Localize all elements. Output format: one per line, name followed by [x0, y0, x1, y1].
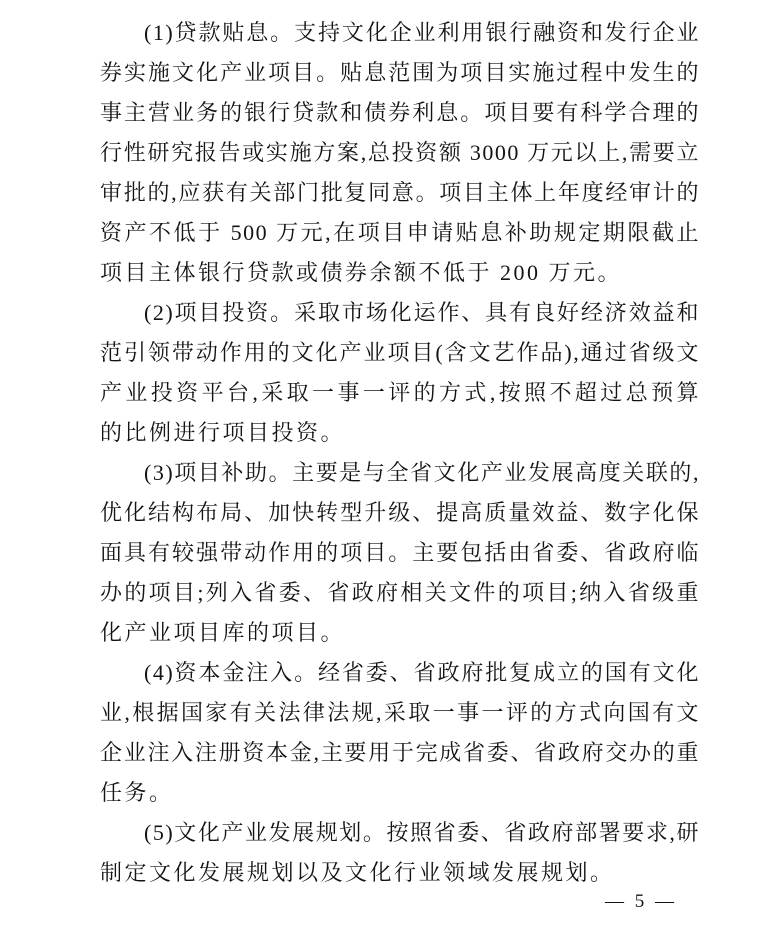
scanned-document-page: { "document": { "language": "zh-CN", "pa… [0, 0, 779, 950]
text-line: (3)项目补助。主要是与全省文化产业发展高度关联的, [100, 453, 700, 493]
text-line: 券实施文化产业项目。贴息范围为项目实施过程中发生的从 [100, 53, 700, 93]
document-body: (1)贷款贴息。支持文化企业利用银行融资和发行企业债 券实施文化产业项目。贴息范… [100, 13, 700, 893]
text-line: 办的项目;列入省委、省政府相关文件的项目;纳入省级重大文 [100, 573, 700, 613]
text-line: 业,根据国家有关法律法规,采取一事一评的方式向国有文化 [100, 693, 700, 733]
text-line: 项目主体银行贷款或债券余额不低于 200 万元。 [100, 253, 700, 293]
paragraph-project-investment: (2)项目投资。采取市场化运作、具有良好经济效益和示 范引领带动作用的文化产业项… [100, 293, 700, 453]
page-number: — 5 — [605, 891, 677, 913]
text-line: 的比例进行项目投资。 [100, 413, 700, 453]
paragraph-project-subsidy: (3)项目补助。主要是与全省文化产业发展高度关联的, 优化结构布局、加快转型升级… [100, 453, 700, 653]
text-line: 范引领带动作用的文化产业项目(含文艺作品),通过省级文化 [100, 333, 700, 373]
text-line: 面具有较强带动作用的项目。主要包括由省委、省政府临时交 [100, 533, 700, 573]
text-line: 审批的,应获有关部门批复同意。项目主体上年度经审计的净 [100, 173, 700, 213]
text-line: 企业注入注册资本金,主要用于完成省委、省政府交办的重点 [100, 733, 700, 773]
paragraph-capital-injection: (4)资本金注入。经省委、省政府批复成立的国有文化企 业,根据国家有关法律法规,… [100, 653, 700, 813]
text-line: 行性研究报告或实施方案,总投资额 3000 万元以上,需要立项 [100, 133, 700, 173]
text-line: 事主营业务的银行贷款和债券利息。项目要有科学合理的可 [100, 93, 700, 133]
text-line: 资产不低于 500 万元,在项目申请贴息补助规定期限截止日, [100, 213, 700, 253]
text-line: 制定文化发展规划以及文化行业领域发展规划。 [100, 853, 700, 893]
text-line: 产业投资平台,采取一事一评的方式,按照不超过总预算 30% [100, 373, 700, 413]
paragraph-development-planning: (5)文化产业发展规划。按照省委、省政府部署要求,研究 制定文化发展规划以及文化… [100, 813, 700, 893]
text-line: 化产业项目库的项目。 [100, 613, 700, 653]
text-line: (5)文化产业发展规划。按照省委、省政府部署要求,研究 [100, 813, 700, 853]
paragraph-loan-interest-subsidy: (1)贷款贴息。支持文化企业利用银行融资和发行企业债 券实施文化产业项目。贴息范… [100, 13, 700, 293]
text-line: 任务。 [100, 773, 700, 813]
text-line: (4)资本金注入。经省委、省政府批复成立的国有文化企 [100, 653, 700, 693]
text-line: 优化结构布局、加快转型升级、提高质量效益、数字化保护等方 [100, 493, 700, 533]
text-line: (2)项目投资。采取市场化运作、具有良好经济效益和示 [100, 293, 700, 333]
text-line: (1)贷款贴息。支持文化企业利用银行融资和发行企业债 [100, 13, 700, 53]
